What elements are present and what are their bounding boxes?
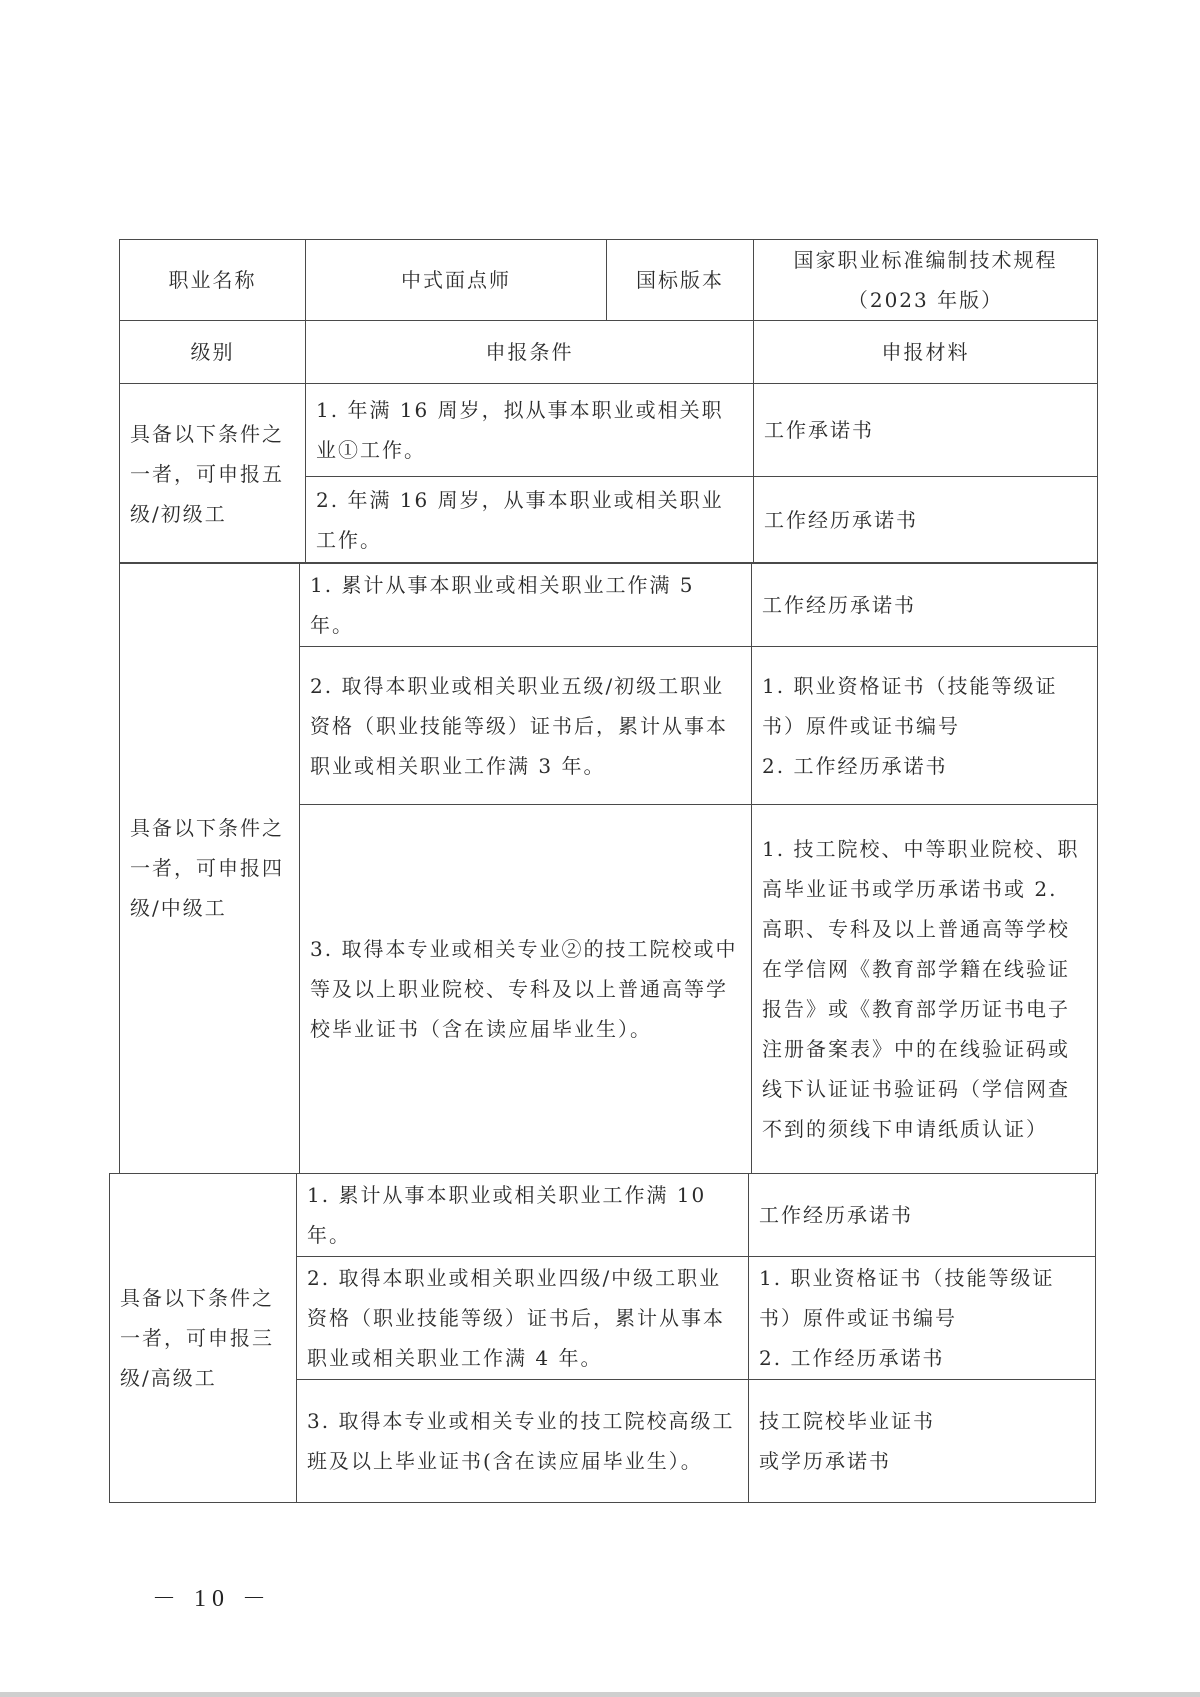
material-cell: 1. 技工院校、中等职业院校、职高毕业证书或学历承诺书或 2. 高职、专科及以上… bbox=[752, 805, 1098, 1174]
level-label-3: 具备以下条件之一者，可申报三级/高级工 bbox=[110, 1174, 297, 1503]
requirements-table-part3: 具备以下条件之一者，可申报三级/高级工 1. 累计从事本职业或相关职业工作满 1… bbox=[109, 1173, 1096, 1503]
material-cell: 工作经历承诺书 bbox=[754, 477, 1098, 564]
condition-cell: 3. 取得本专业或相关专业②的技工院校或中等及以上职业院校、专科及以上普通高等学… bbox=[300, 805, 752, 1174]
page-bottom-edge bbox=[0, 1692, 1200, 1697]
occupation-value: 中式面点师 bbox=[306, 240, 607, 321]
material-cell: 1. 职业资格证书（技能等级证书）原件或证书编号 2. 工作经历承诺书 bbox=[749, 1257, 1096, 1380]
table-row: 具备以下条件之一者，可申报五级/初级工 1. 年满 16 周岁，拟从事本职业或相… bbox=[120, 384, 1098, 477]
requirements-table-part1: 职业名称 中式面点师 国标版本 国家职业标准编制技术规程 （2023 年版） 级… bbox=[119, 239, 1098, 564]
table-row: 具备以下条件之一者，可申报三级/高级工 1. 累计从事本职业或相关职业工作满 1… bbox=[110, 1174, 1096, 1257]
column-header-level: 级别 bbox=[120, 321, 306, 384]
material-cell: 工作经历承诺书 bbox=[752, 563, 1098, 647]
column-header-conditions: 申报条件 bbox=[306, 321, 754, 384]
column-header-materials: 申报材料 bbox=[754, 321, 1098, 384]
material-cell: 工作承诺书 bbox=[754, 384, 1098, 477]
condition-cell: 1. 累计从事本职业或相关职业工作满 10 年。 bbox=[297, 1174, 749, 1257]
level-label-4: 具备以下条件之一者，可申报四级/中级工 bbox=[120, 563, 300, 1174]
page-number: － 10 － bbox=[152, 1578, 272, 1613]
standard-value-line2: （2023 年版） bbox=[764, 280, 1087, 320]
condition-cell: 2. 取得本职业或相关职业五级/初级工职业资格（职业技能等级）证书后，累计从事本… bbox=[300, 647, 752, 805]
column-header-row: 级别 申报条件 申报材料 bbox=[120, 321, 1098, 384]
requirements-table-part2: 具备以下条件之一者，可申报四级/中级工 1. 累计从事本职业或相关职业工作满 5… bbox=[119, 562, 1098, 1174]
standard-value: 国家职业标准编制技术规程 （2023 年版） bbox=[754, 240, 1098, 321]
condition-cell: 2. 年满 16 周岁，从事本职业或相关职业工作。 bbox=[306, 477, 754, 564]
level-label-5: 具备以下条件之一者，可申报五级/初级工 bbox=[120, 384, 306, 564]
table-row: 具备以下条件之一者，可申报四级/中级工 1. 累计从事本职业或相关职业工作满 5… bbox=[120, 563, 1098, 647]
condition-cell: 3. 取得本专业或相关专业的技工院校高级工班及以上毕业证书(含在读应届毕业生）。 bbox=[297, 1380, 749, 1503]
standard-value-line1: 国家职业标准编制技术规程 bbox=[764, 240, 1087, 280]
occupation-label: 职业名称 bbox=[120, 240, 306, 321]
condition-cell: 2. 取得本职业或相关职业四级/中级工职业资格（职业技能等级）证书后，累计从事本… bbox=[297, 1257, 749, 1380]
material-cell: 1. 职业资格证书（技能等级证书）原件或证书编号 2. 工作经历承诺书 bbox=[752, 647, 1098, 805]
material-cell: 工作经历承诺书 bbox=[749, 1174, 1096, 1257]
condition-cell: 1. 累计从事本职业或相关职业工作满 5 年。 bbox=[300, 563, 752, 647]
header-row: 职业名称 中式面点师 国标版本 国家职业标准编制技术规程 （2023 年版） bbox=[120, 240, 1098, 321]
document-page: 职业名称 中式面点师 国标版本 国家职业标准编制技术规程 （2023 年版） 级… bbox=[0, 0, 1200, 1697]
material-cell: 技工院校毕业证书 或学历承诺书 bbox=[749, 1380, 1096, 1503]
condition-cell: 1. 年满 16 周岁，拟从事本职业或相关职业①工作。 bbox=[306, 384, 754, 477]
standard-label: 国标版本 bbox=[607, 240, 754, 321]
